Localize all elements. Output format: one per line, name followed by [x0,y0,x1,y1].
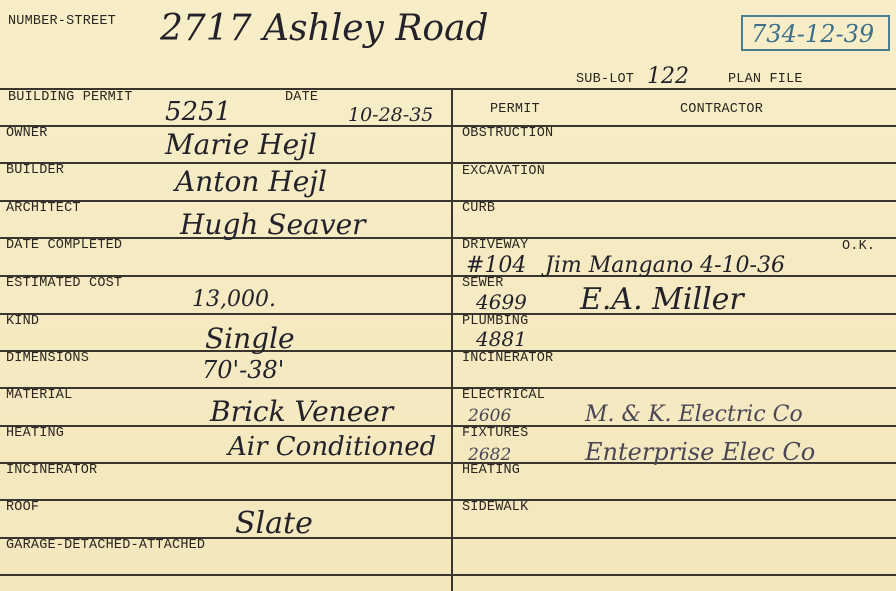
driveway-label: DRIVEWAY [462,238,528,253]
row-rule [0,200,896,202]
garage-label: GARAGE-DETACHED-ATTACHED [6,538,205,553]
date-completed-label: DATE COMPLETED [6,238,122,253]
row-rule [0,350,896,352]
header-divider [0,88,896,90]
dimensions-value: 70'-38' [202,356,284,384]
estimated-cost-label: ESTIMATED COST [6,276,122,291]
permit-card: NUMBER-STREET 2717 Ashley Road 734-12-39… [0,0,896,591]
incinerator-label: INCINERATOR [6,463,97,478]
owner-label: OWNER [6,126,48,141]
curb-label: CURB [462,201,495,216]
building-permit-value: 5251 [165,97,231,127]
roof-value: Slate [235,506,313,541]
fixtures-permit-value: 2682 [468,445,511,465]
date-value: 10-28-35 [348,104,433,126]
heating-label: HEATING [6,426,64,441]
sewer-contractor-value: E.A. Miller [580,282,744,317]
sub-lot-label: SUB-LOT [576,72,634,87]
row-rule [0,574,896,576]
row-rule [0,313,896,315]
number-street-value: 2717 Ashley Road [160,8,489,49]
date-label: DATE [285,90,318,105]
plumbing-permit-value: 4881 [476,327,527,351]
material-label: MATERIAL [6,388,72,403]
row-rule [0,499,896,501]
row-rule [0,162,896,164]
sewer-permit-value: 4699 [476,290,527,314]
fixtures-label: FIXTURES [462,426,528,441]
electrical-label: ELECTRICAL [462,388,545,403]
plan-file-label: PLAN FILE [728,72,803,87]
estimated-cost-value: 13,000. [192,287,276,312]
excavation-label: EXCAVATION [462,164,545,179]
row-rule [0,125,896,127]
obstruction-label: OBSTRUCTION [462,126,553,141]
contractor-column-header: CONTRACTOR [680,102,763,117]
stamp-number: 734-12-39 [751,20,874,48]
dimensions-label: DIMENSIONS [6,351,89,366]
driveway-contractor-value: Jim Mangano 4-10-36 [545,253,785,278]
kind-value: Single [205,322,295,355]
driveway-ok-note: O.K. [842,239,875,254]
owner-value: Marie Hejl [165,128,317,161]
heating-value: Air Conditioned [228,432,436,462]
row-rule [0,387,896,389]
heating-permit-label: HEATING [462,463,520,478]
incinerator-permit-label: INCINERATOR [462,351,553,366]
sidewalk-label: SIDEWALK [462,500,528,515]
file-stamp: 734-12-39 [741,15,890,51]
building-permit-label: BUILDING PERMIT [8,90,133,105]
sub-lot-value: 122 [647,64,689,89]
fixtures-contractor-value: Enterprise Elec Co [585,438,815,466]
sewer-label: SEWER [462,276,504,291]
roof-label: ROOF [6,500,39,515]
driveway-permit-value: #104 [466,253,526,278]
architect-value: Hugh Seaver [180,208,366,241]
builder-label: BUILDER [6,163,64,178]
electrical-permit-value: 2606 [468,406,511,426]
material-value: Brick Veneer [210,395,393,428]
row-rule [0,237,896,239]
architect-label: ARCHITECT [6,201,81,216]
electrical-contractor-value: M. & K. Electric Co [585,402,803,427]
builder-value: Anton Hejl [175,165,327,198]
permit-column-header: PERMIT [490,102,540,117]
number-street-label: NUMBER-STREET [8,14,116,29]
kind-label: KIND [6,314,39,329]
